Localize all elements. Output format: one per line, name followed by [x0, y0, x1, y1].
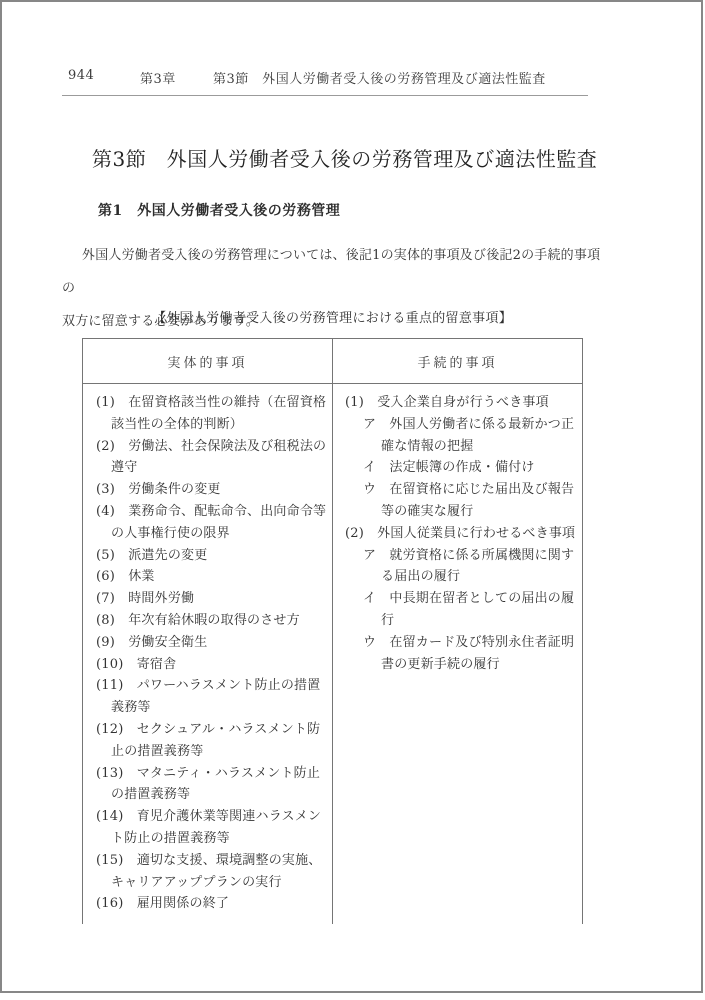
- subsection-heading: 第1 外国人労働者受入後の労務管理: [98, 200, 340, 220]
- list-item: (5) 派遣先の変更: [83, 545, 328, 567]
- item-marker: (13): [96, 766, 124, 781]
- item-marker: (5): [96, 548, 115, 563]
- table-body-row: (1) 在留資格該当性の維持（在留資格該当性の全体的判断）(2) 労働法、社会保…: [83, 384, 582, 924]
- item-marker: (11): [96, 678, 124, 693]
- item-marker: イ: [363, 591, 376, 606]
- table-caption: 【外国人労働者受入後の労務管理における重点的留意事項】: [82, 307, 583, 326]
- list-item: (9) 労働安全衛生: [83, 632, 328, 654]
- item-marker: ア: [363, 417, 376, 432]
- item-marker: ウ: [363, 482, 376, 497]
- key-points-table: 実体的事項 手続的事項 (1) 在留資格該当性の維持（在留資格該当性の全体的判断…: [82, 338, 583, 924]
- table-header-substantive: 実体的事項: [83, 339, 333, 383]
- list-item: (11) パワーハラスメント防止の措置義務等: [83, 675, 328, 719]
- item-marker: (14): [96, 809, 124, 824]
- section-heading: 第3節 外国人労働者受入後の労務管理及び適法性監査: [92, 143, 597, 172]
- book-page: 944 第3章 第3節 外国人労働者受入後の労務管理及び適法性監査 第3節 外国…: [0, 0, 703, 993]
- item-marker: (4): [96, 504, 115, 519]
- list-item: ア 外国人労働者に係る最新かつ正確な情報の把握: [333, 414, 578, 458]
- page-number: 944: [68, 68, 94, 83]
- item-marker: (16): [96, 896, 124, 911]
- item-marker: (6): [96, 569, 115, 584]
- item-marker: (3): [96, 482, 115, 497]
- list-item: (12) セクシュアル・ハラスメント防止の措置義務等: [83, 719, 328, 763]
- list-item: (15) 適切な支援、環境調整の実施、キャリアアッププランの実行: [83, 850, 328, 894]
- item-marker: (9): [96, 635, 115, 650]
- table-header-row: 実体的事項 手続的事項: [83, 339, 582, 384]
- list-item: (7) 時間外労働: [83, 588, 328, 610]
- list-item: (8) 年次有給休暇の取得のさせ方: [83, 610, 328, 632]
- table-cell-procedural: (1) 受入企業自身が行うべき事項ア 外国人労働者に係る最新かつ正確な情報の把握…: [333, 384, 582, 924]
- list-item: ウ 在留カード及び特別永住者証明書の更新手続の履行: [333, 632, 578, 676]
- item-marker: イ: [363, 460, 376, 475]
- list-item: (13) マタニティ・ハラスメント防止の措置義務等: [83, 763, 328, 807]
- list-item: (2) 労働法、社会保険法及び租税法の遵守: [83, 436, 328, 480]
- list-item: (2) 外国人従業員に行わせるべき事項: [333, 523, 578, 545]
- table-header-procedural: 手続的事項: [333, 339, 582, 383]
- list-item: (6) 休業: [83, 566, 328, 588]
- header-rule: [62, 95, 588, 96]
- item-marker: (2): [96, 439, 115, 454]
- item-marker: (2): [345, 526, 364, 541]
- list-item: 外国人労働者受入後の労務管理については、後記1の実体的事項及び後記2の手続的事項…: [62, 239, 610, 305]
- list-item: (3) 労働条件の変更: [83, 479, 328, 501]
- list-item: イ 中長期在留者としての届出の履行: [333, 588, 578, 632]
- list-item: イ 法定帳簿の作成・備付け: [333, 457, 578, 479]
- item-marker: (1): [96, 395, 115, 410]
- item-marker: ウ: [363, 635, 376, 650]
- running-header-chapter: 第3章: [140, 68, 176, 87]
- list-item: (16) 雇用関係の終了: [83, 893, 328, 915]
- list-item: (14) 育児介護休業等関連ハラスメント防止の措置義務等: [83, 806, 328, 850]
- item-marker: (15): [96, 853, 124, 868]
- item-marker: (10): [96, 657, 124, 672]
- item-marker: (7): [96, 591, 115, 606]
- item-marker: (8): [96, 613, 115, 628]
- list-item: (1) 在留資格該当性の維持（在留資格該当性の全体的判断）: [83, 392, 328, 436]
- running-header-section-title: 第3節 外国人労働者受入後の労務管理及び適法性監査: [213, 68, 546, 87]
- list-item: (1) 受入企業自身が行うべき事項: [333, 392, 578, 414]
- item-marker: (1): [345, 395, 364, 410]
- list-item: ウ 在留資格に応じた届出及び報告等の確実な履行: [333, 479, 578, 523]
- item-marker: ア: [363, 548, 376, 563]
- table-cell-substantive: (1) 在留資格該当性の維持（在留資格該当性の全体的判断）(2) 労働法、社会保…: [83, 384, 333, 924]
- list-item: (4) 業務命令、配転命令、出向命令等の人事権行使の限界: [83, 501, 328, 545]
- item-marker: (12): [96, 722, 124, 737]
- list-item: (10) 寄宿舎: [83, 654, 328, 676]
- list-item: ア 就労資格に係る所属機関に関する届出の履行: [333, 545, 578, 589]
